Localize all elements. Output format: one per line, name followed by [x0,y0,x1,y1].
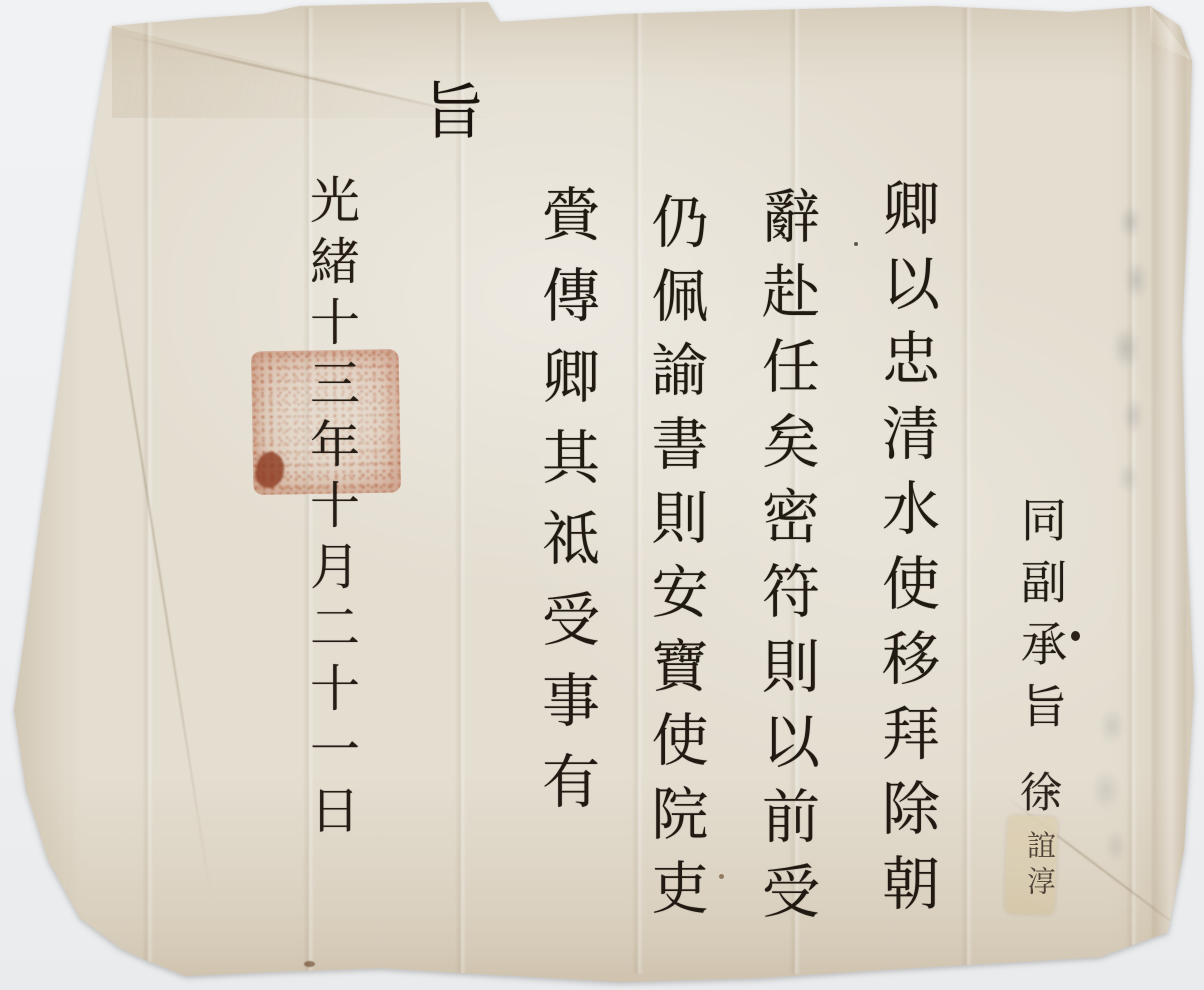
vertical-crease [961,8,973,974]
ink-bleedthrough-lower-right [1082,690,1146,880]
raised-edict-character: 旨 [404,78,493,140]
text-column-3: 仍佩諭書則安寶使院吏 [634,192,716,932]
vertical-crease [455,8,467,974]
stain-spot [96,960,105,965]
ink-spot [854,242,858,246]
photo-background: 同副承旨 徐 誼淳 卿以忠清水使移拜除朝 辭赴任矣密符則以前受 仍佩諭書則安寶使… [0,0,1204,990]
text-column-1: 卿以忠清水使移拜除朝 [864,178,948,928]
paper-shadow-wrap: 同副承旨 徐 誼淳 卿以忠清水使移拜除朝 辭赴任矣密符則以前受 仍佩諭書則安寶使… [0,0,1204,990]
stain-spot [304,961,315,967]
signature-given-name: 誼淳 [1020,830,1061,902]
edict-paper-sheet: 同副承旨 徐 誼淳 卿以忠清水使移拜除朝 辭赴任矣密符則以前受 仍佩諭書則安寶使… [0,0,1204,990]
ink-bleedthrough-upper-right [1106,180,1158,520]
signature-surname: 徐 [1008,770,1068,812]
signature-office-title: 同副承旨 [1008,496,1074,744]
text-column-4: 賫傳卿其祗受事有 [524,184,608,832]
date-column: 光緒十三年十月二十一日 [295,174,367,845]
stain-spot [719,874,724,879]
vertical-crease [142,8,154,974]
text-column-2: 辭赴任矣密符則以前受 [744,186,828,936]
